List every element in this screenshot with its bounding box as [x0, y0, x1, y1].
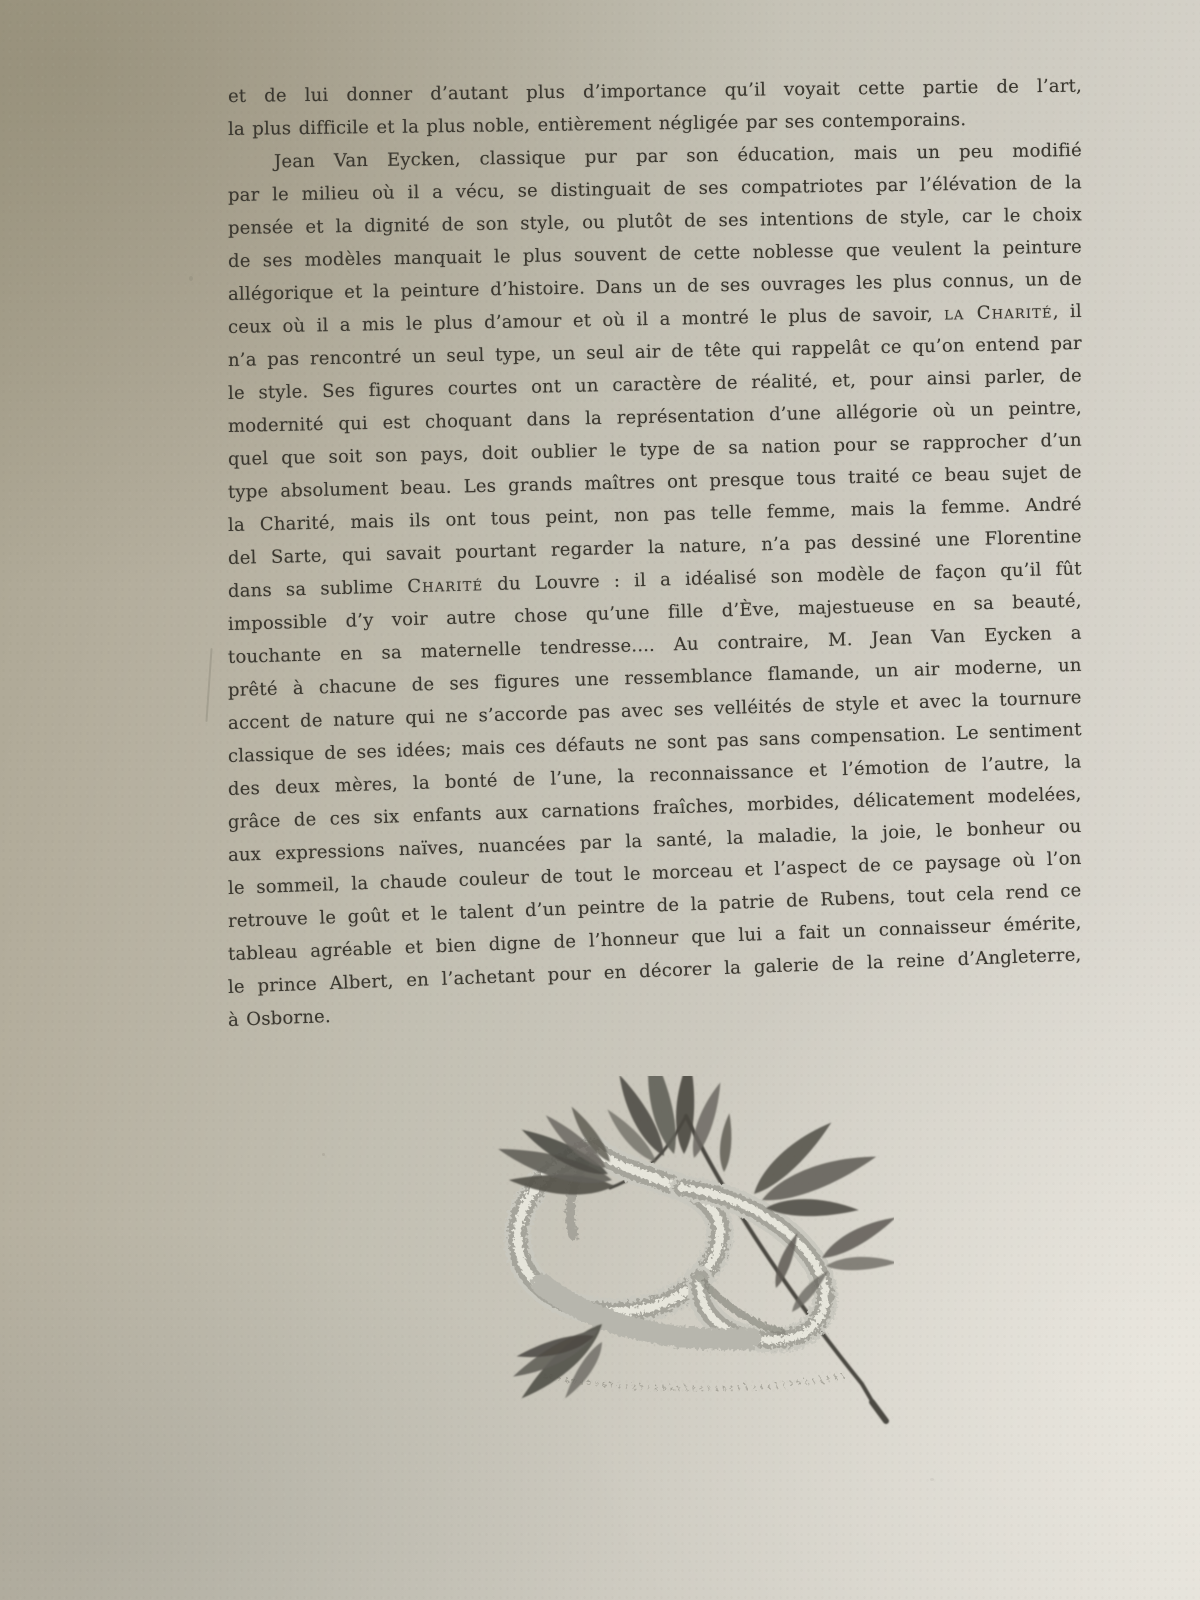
scratch-mark — [205, 648, 212, 722]
floral-engraving — [424, 1076, 894, 1426]
paper-speck — [189, 276, 193, 281]
photographed-book-page: et de lui donner d’autant plus d’importa… — [0, 0, 1200, 1600]
small-caps-title: Charité — [407, 574, 484, 597]
small-caps-title: la Charité — [944, 301, 1053, 324]
body-text: et de lui donner d’autant plus d’importa… — [228, 80, 1082, 1037]
paper-speck — [322, 1153, 325, 1156]
paper-speck — [930, 1478, 934, 1481]
